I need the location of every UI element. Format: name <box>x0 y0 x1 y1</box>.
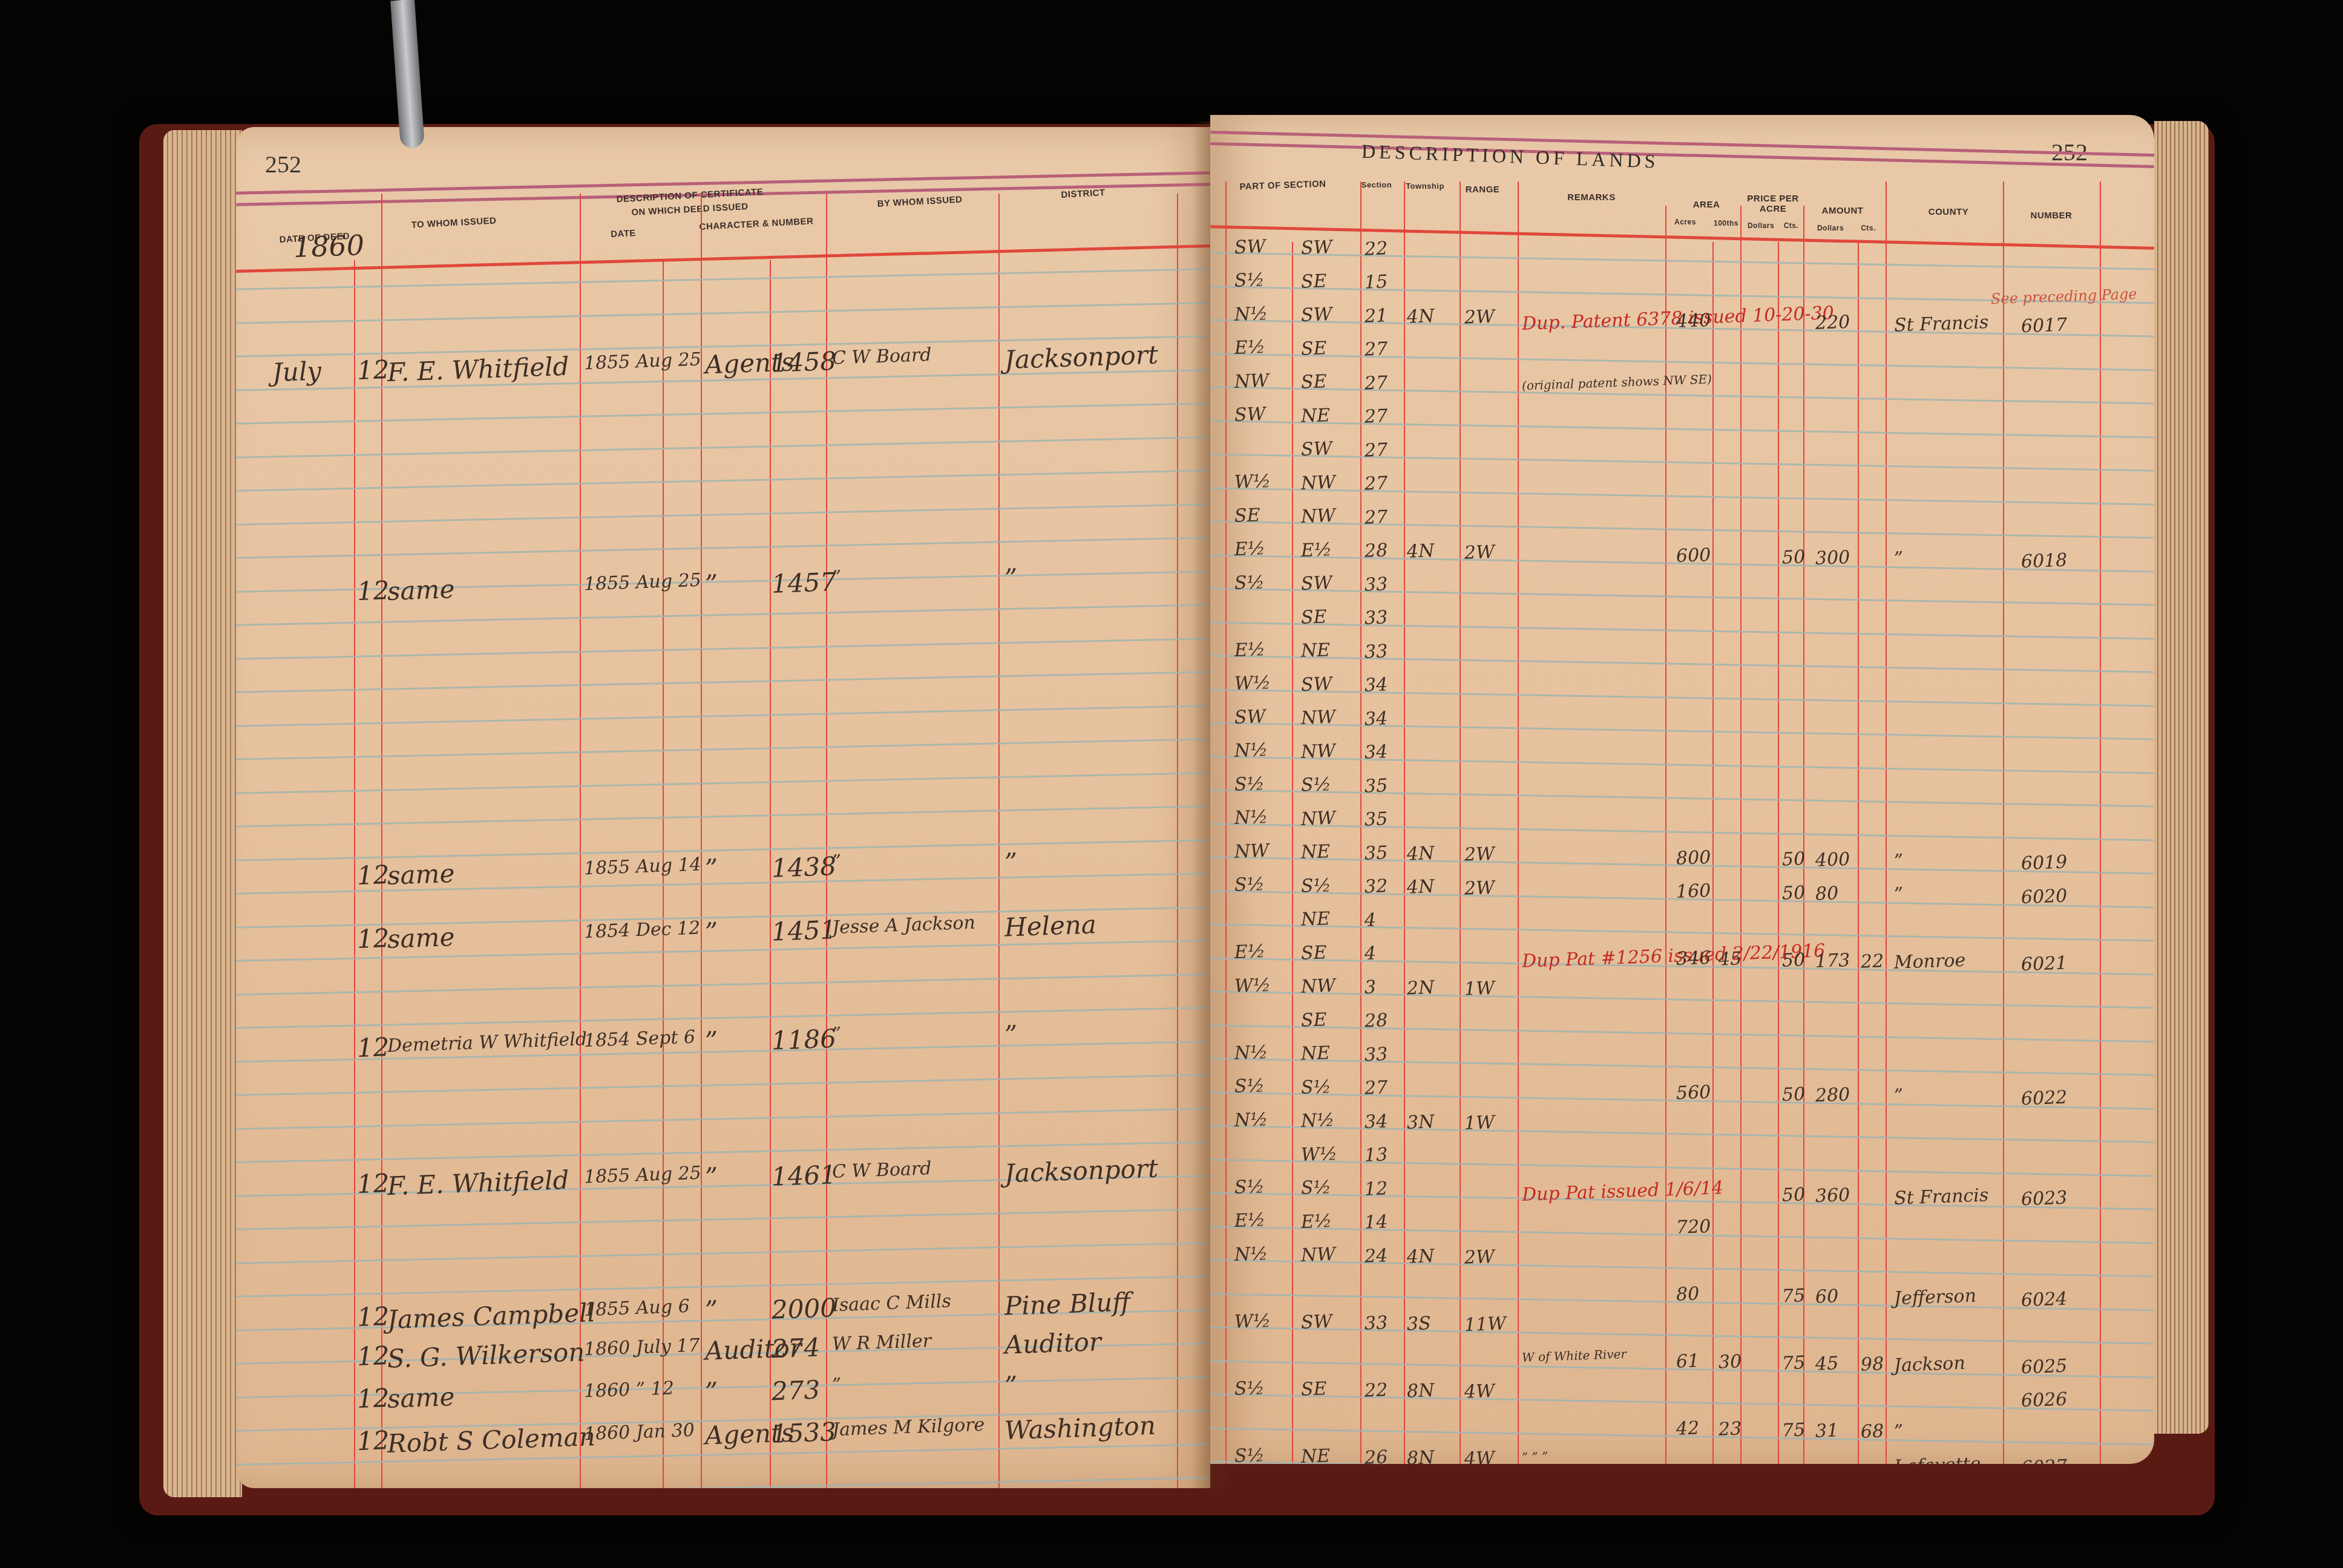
entry-certificate-number: 2000 <box>771 1293 837 1325</box>
ruled-line <box>1210 1460 2154 1464</box>
entry-character: ” <box>704 853 718 883</box>
amount-dollars: 80 <box>1815 883 1838 904</box>
acres: 61 <box>1676 1350 1699 1372</box>
col-rule <box>2003 181 2004 1464</box>
part-of-section: NW <box>1234 840 1269 863</box>
amount-cts: 22 <box>1860 950 1884 972</box>
ruled-line <box>1210 756 2154 774</box>
page-edges-left <box>163 130 242 1497</box>
amount-cts: 68 <box>1860 1420 1884 1442</box>
quarter: SW <box>1300 304 1332 326</box>
amount-dollars: 300 <box>1815 547 1850 569</box>
header-area: AREA <box>1670 200 1743 210</box>
ruled-line <box>1210 1259 2154 1277</box>
county: ” <box>1893 851 1904 872</box>
col-rule <box>1858 242 1859 1464</box>
acres-hundredths: 30 <box>1718 1351 1742 1373</box>
col-rule <box>701 194 702 1488</box>
section: 35 <box>1364 775 1388 797</box>
header-bottom-rule <box>1210 225 2154 249</box>
amount-cts: 98 <box>1860 1353 1884 1375</box>
acres: 346 <box>1676 947 1711 970</box>
part-of-section: S½ <box>1234 1176 1265 1198</box>
quarter: NE <box>1300 908 1330 930</box>
col-rule <box>580 194 581 1488</box>
entry-certificate-number: 1533 <box>771 1417 837 1449</box>
township: 4N <box>1406 843 1435 865</box>
remarks: W of White River <box>1522 1347 1627 1365</box>
header-acres: Acres <box>1664 218 1706 226</box>
entry-district: Washington <box>1004 1410 1156 1445</box>
acres: 160 <box>1676 880 1711 903</box>
price-cts: 50 <box>1781 849 1805 871</box>
part-of-section: W½ <box>1234 471 1271 493</box>
section: 24 <box>1364 1245 1388 1267</box>
col-rule <box>1712 242 1714 1464</box>
entry-month: July <box>272 356 322 388</box>
section: 22 <box>1364 1379 1388 1401</box>
deed-year: 1860 <box>293 229 365 264</box>
township: 4N <box>1406 541 1435 563</box>
header-section: Section <box>1355 180 1398 189</box>
record-number: 6026 <box>2020 1389 2068 1412</box>
part-of-section: S½ <box>1234 269 1265 292</box>
ruled-line <box>1210 655 2154 673</box>
quarter: N½ <box>1300 1109 1335 1132</box>
acres: 720 <box>1676 1216 1711 1238</box>
range: 4W <box>1464 1448 1495 1464</box>
county: Lafayette <box>1893 1453 1981 1464</box>
quarter: E½ <box>1300 1210 1332 1233</box>
price-cts: 50 <box>1781 882 1805 904</box>
acres: 80 <box>1676 1283 1699 1305</box>
record-number: 6019 <box>2020 852 2068 875</box>
entry-certificate-number: 1186 <box>771 1024 837 1056</box>
header-amount: AMOUNT <box>1806 206 1879 216</box>
ruled-line <box>1210 487 2154 505</box>
quarter: E½ <box>1300 539 1332 561</box>
amount-dollars: 280 <box>1815 1084 1850 1106</box>
part-of-section: W½ <box>1234 975 1271 997</box>
header-to-whom-issued: TO WHOM ISSUED <box>381 214 527 232</box>
part-of-section: E½ <box>1234 639 1265 661</box>
ruled-line <box>1210 386 2154 404</box>
section: 33 <box>1364 607 1388 629</box>
entry-day: 12 <box>356 575 390 606</box>
entry-issued-by: Isaac C Mills <box>831 1290 951 1316</box>
county: ” <box>1893 548 1904 570</box>
part-of-section: SW <box>1234 236 1266 258</box>
quarter: NE <box>1300 405 1330 427</box>
ruled-line <box>1210 1158 2154 1177</box>
entry-certificate-number: 1451 <box>771 915 837 947</box>
entry-character: ” <box>704 1161 718 1192</box>
quarter: NW <box>1300 505 1335 528</box>
entry-day: 12 <box>356 1425 390 1456</box>
entry-grantee: same <box>387 574 455 606</box>
entry-certificate-date: 1855 Aug 14 <box>583 854 701 879</box>
entry-day: 12 <box>356 1301 390 1332</box>
entry-grantee: Demetria W Whitfield <box>387 1028 587 1057</box>
entry-district: ” <box>1004 563 1018 593</box>
quarter: NE <box>1300 1445 1330 1464</box>
quarter: S½ <box>1300 1076 1331 1099</box>
header-double-rule <box>1210 131 2154 168</box>
entry-grantee: F. E. Whitfield <box>387 1165 569 1201</box>
section: 27 <box>1364 372 1388 394</box>
entry-certificate-number: 1461 <box>771 1160 837 1192</box>
ruled-line <box>1210 990 2154 1008</box>
part-of-section: SW <box>1234 706 1266 728</box>
entry-character: ” <box>704 1295 718 1325</box>
section: 21 <box>1364 305 1388 327</box>
ruled-line <box>1210 587 2154 606</box>
entry-certificate-date: 1860 ” 12 <box>583 1377 674 1402</box>
entry-grantee: same <box>387 922 455 954</box>
entry-certificate-number: 1438 <box>771 851 837 883</box>
right-page: 252 DESCRIPTION OF LANDS PART OF SECTION… <box>1210 115 2154 1464</box>
acres: 42 <box>1676 1417 1699 1439</box>
header-amount-cts: Cts. <box>1855 224 1882 232</box>
section: 4 <box>1364 909 1376 931</box>
remarks: ” ” ” <box>1522 1449 1548 1464</box>
entry-character: ” <box>704 569 718 599</box>
entry-certificate-date: 1855 Aug 25 <box>583 569 701 595</box>
part-of-section: N½ <box>1234 1042 1268 1064</box>
record-number: 6022 <box>2020 1086 2068 1109</box>
section: 26 <box>1364 1446 1388 1464</box>
col-rule <box>998 194 1000 1488</box>
county: Jackson <box>1893 1353 1965 1376</box>
entry-day: 12 <box>356 1168 390 1199</box>
quarter: NE <box>1300 1042 1330 1065</box>
ruled-line <box>1210 1024 2154 1042</box>
price-cts: 50 <box>1781 1184 1805 1206</box>
section: 14 <box>1364 1212 1388 1233</box>
entry-character: ” <box>704 1025 718 1056</box>
ruled-line <box>1210 252 2154 270</box>
record-number: 6023 <box>2020 1187 2068 1210</box>
quarter: SW <box>1300 237 1332 259</box>
amount-dollars: 173 <box>1815 950 1850 972</box>
entry-day: 12 <box>356 923 390 954</box>
entry-issued-by: W R Miller <box>831 1330 931 1355</box>
entry-grantee: F. E. Whitfield <box>387 351 569 387</box>
part-of-section: SE <box>1234 505 1260 526</box>
ruled-line <box>1210 453 2154 471</box>
section: 33 <box>1364 573 1388 595</box>
col-rule <box>1460 181 1461 1464</box>
entry-certificate-number: 273 <box>771 1374 821 1406</box>
ruled-line <box>1210 923 2154 941</box>
section: 13 <box>1364 1145 1388 1166</box>
header-character-number: CHARACTER & NUMBER <box>696 216 818 232</box>
header-price-per-acre: PRICE PER ACRE <box>1743 194 1803 214</box>
quarter: NW <box>1300 472 1335 494</box>
range: 1W <box>1464 1112 1495 1134</box>
entry-issued-by: C W Board <box>831 1158 932 1183</box>
col-rule <box>1778 242 1779 1464</box>
entry-certificate-number: 274 <box>771 1332 821 1364</box>
entry-district: ” <box>1004 1019 1018 1050</box>
entry-character: ” <box>704 916 718 947</box>
entry-grantee: same <box>387 858 455 890</box>
entry-day: 12 <box>356 354 390 385</box>
township: 4N <box>1406 877 1435 899</box>
range: 2W <box>1464 541 1495 564</box>
entry-issued-by: ” <box>831 1023 842 1045</box>
acres: 560 <box>1676 1082 1711 1104</box>
county: ” <box>1893 884 1904 906</box>
price-cts: 50 <box>1781 546 1805 568</box>
range: 2W <box>1464 877 1495 900</box>
col-rule <box>2100 181 2101 1464</box>
col-rule <box>1518 181 1519 1464</box>
range: 4W <box>1464 1380 1495 1403</box>
amount-dollars: 45 <box>1815 1353 1838 1374</box>
quarter: SW <box>1300 438 1332 460</box>
header-hundredths: 100ths <box>1709 219 1743 227</box>
quarter: NW <box>1300 707 1335 729</box>
quarter: SE <box>1300 1379 1327 1400</box>
col-rule <box>1740 206 1742 1464</box>
entry-district: Pine Bluff <box>1004 1287 1131 1321</box>
entry-district: ” <box>1004 1370 1018 1400</box>
part-of-section: N½ <box>1234 739 1268 762</box>
section: 32 <box>1364 876 1388 898</box>
township: 3N <box>1406 1111 1435 1134</box>
acres: 440 <box>1676 310 1711 332</box>
part-of-section: SW <box>1234 403 1266 426</box>
entry-issued-by: ” <box>831 566 842 588</box>
section: 28 <box>1364 540 1388 562</box>
quarter: NW <box>1300 808 1335 830</box>
part-of-section: NW <box>1234 370 1269 393</box>
range: 1W <box>1464 978 1495 1000</box>
entry-certificate-date: 1855 Aug 6 <box>583 1296 690 1321</box>
township: 2N <box>1406 977 1435 999</box>
ruled-line <box>1210 353 2154 371</box>
header-number: NUMBER <box>2009 211 2094 221</box>
record-number: 6025 <box>2020 1355 2068 1378</box>
entry-issued-by: C W Board <box>831 344 932 369</box>
acres: 600 <box>1676 544 1711 567</box>
quarter: NE <box>1300 841 1330 863</box>
header-by-whom-issued: BY WHOM ISSUED <box>841 192 999 211</box>
entry-certificate-date: 1860 Jan 30 <box>583 1420 695 1445</box>
quarter: SE <box>1300 942 1327 964</box>
part-of-section: W½ <box>1234 1310 1271 1333</box>
ruled-line <box>1210 420 2154 438</box>
header-cert-date: DATE <box>587 227 660 241</box>
county: ” <box>1893 1085 1904 1107</box>
ruled-line <box>1210 722 2154 740</box>
section: 15 <box>1364 272 1388 293</box>
section: 12 <box>1364 1178 1388 1200</box>
entry-day: 12 <box>356 860 390 890</box>
range: 2W <box>1464 843 1495 866</box>
part-of-section: N½ <box>1234 806 1268 829</box>
section: 33 <box>1364 1044 1388 1065</box>
entry-grantee: S. G. Wilkerson <box>387 1338 585 1374</box>
section: 22 <box>1364 238 1388 260</box>
entry-grantee: same <box>387 1382 455 1414</box>
part-of-section: E½ <box>1234 336 1265 359</box>
acres: 800 <box>1676 847 1711 869</box>
record-number: 6018 <box>2020 549 2068 572</box>
ruled-line <box>1210 1393 2154 1411</box>
acres-hundredths: 45 <box>1718 948 1742 970</box>
header-price-dollars: Dollars <box>1743 221 1779 230</box>
header-part-of-section: PART OF SECTION <box>1222 178 1343 193</box>
section: 34 <box>1364 742 1388 763</box>
county: St Francis <box>1893 1184 1988 1209</box>
quarter: S½ <box>1300 774 1331 796</box>
section: 27 <box>1364 406 1388 428</box>
section: 27 <box>1364 1077 1388 1099</box>
remarks: (original patent shows NW SE) <box>1522 371 1712 393</box>
county: Monroe <box>1893 950 1965 973</box>
quarter: NW <box>1300 740 1335 763</box>
quarter: SE <box>1300 1009 1327 1031</box>
ruled-line <box>1210 1057 2154 1076</box>
col-rule <box>770 260 771 1488</box>
price-cts: 75 <box>1781 1419 1805 1441</box>
ruled-line <box>1210 621 2154 639</box>
quarter: SE <box>1300 338 1327 359</box>
record-number: 6021 <box>2020 952 2068 975</box>
township: 3S <box>1406 1313 1431 1334</box>
county: Jefferson <box>1893 1285 1976 1310</box>
entry-day: 12 <box>356 1032 390 1063</box>
quarter: SW <box>1300 572 1332 595</box>
ruled-line <box>1210 823 2154 841</box>
ruled-line <box>1210 520 2154 538</box>
price-cts: 50 <box>1781 1083 1805 1105</box>
quarter: S½ <box>1300 1177 1331 1199</box>
entry-certificate-date: 1855 Aug 25 <box>583 348 701 374</box>
entry-district: Jacksonport <box>1004 339 1158 374</box>
section: 27 <box>1364 473 1388 495</box>
township: 8N <box>1406 1447 1435 1464</box>
township: 4N <box>1406 305 1435 328</box>
quarter: S½ <box>1300 875 1331 897</box>
header-township: Township <box>1398 181 1452 191</box>
entry-certificate-date: 1860 July 17 <box>583 1334 700 1360</box>
entry-district: Auditor <box>1004 1327 1102 1360</box>
record-number: 6020 <box>2020 885 2068 908</box>
section: 27 <box>1364 506 1388 528</box>
quarter: SW <box>1300 673 1332 696</box>
part-of-section: S½ <box>1234 1445 1265 1464</box>
range: 2W <box>1464 1246 1495 1269</box>
col-rule <box>1292 242 1293 1464</box>
header-amount-dollars: Dollars <box>1806 224 1855 232</box>
county: ” <box>1893 1421 1904 1443</box>
header-county: COUNTY <box>1900 207 1997 217</box>
price-cts: 75 <box>1781 1285 1805 1307</box>
part-of-section: E½ <box>1234 1209 1265 1232</box>
entry-issued-by: ” <box>831 851 842 872</box>
range: 2W <box>1464 306 1495 328</box>
part-of-section: S½ <box>1234 773 1265 795</box>
part-of-section: W½ <box>1234 672 1271 694</box>
entry-district: ” <box>1004 847 1018 877</box>
part-of-section: N½ <box>1234 1243 1268 1266</box>
entry-issued-by: ” <box>831 1374 842 1396</box>
entry-certificate-number: 1457 <box>771 567 837 599</box>
part-of-section: S½ <box>1234 1075 1265 1097</box>
part-of-section: S½ <box>1234 874 1265 896</box>
acres-hundredths: 23 <box>1718 1418 1742 1440</box>
entry-certificate-number: 1458 <box>771 346 837 378</box>
township: 8N <box>1406 1380 1435 1402</box>
range: 11W <box>1464 1313 1506 1336</box>
quarter: NE <box>1300 639 1330 662</box>
section: 33 <box>1364 641 1388 662</box>
quarter: W½ <box>1300 1143 1337 1166</box>
section: 33 <box>1364 1312 1388 1334</box>
amount-dollars: 400 <box>1815 849 1850 871</box>
section: 27 <box>1364 339 1388 361</box>
section: 4 <box>1364 943 1376 965</box>
part-of-section: N½ <box>1234 1109 1268 1131</box>
entry-grantee: Robt S Coleman <box>387 1422 595 1459</box>
header-remarks: REMARKS <box>1543 192 1640 203</box>
part-of-section: E½ <box>1234 941 1265 963</box>
entry-district: Helena <box>1004 909 1096 942</box>
header-range: RANGE <box>1458 185 1507 195</box>
entry-certificate-date: 1855 Aug 25 <box>583 1162 701 1187</box>
entry-district: Jacksonport <box>1004 1153 1158 1188</box>
left-page: 252 DATE OF DEED 1860 TO WHOM ISSUED DES… <box>236 127 1210 1488</box>
quarter: SE <box>1300 371 1327 393</box>
part-of-section: N½ <box>1234 303 1268 325</box>
page-number-left: 252 <box>265 150 301 178</box>
price-cts: 50 <box>1781 949 1805 971</box>
col-rule <box>354 260 355 1488</box>
col-rule <box>1404 181 1405 1464</box>
section: 28 <box>1364 1010 1388 1032</box>
entry-day: 12 <box>356 1341 390 1371</box>
record-number: 6017 <box>2020 315 2068 338</box>
entry-grantee: James Campbell <box>387 1298 595 1334</box>
part-of-section: S½ <box>1234 1377 1265 1400</box>
part-of-section: E½ <box>1234 538 1265 560</box>
county: St Francis <box>1893 312 1988 336</box>
section: 34 <box>1364 1111 1388 1132</box>
part-of-section: S½ <box>1234 572 1265 594</box>
section: 35 <box>1364 842 1388 864</box>
section: 35 <box>1364 809 1388 831</box>
section: 27 <box>1364 439 1388 461</box>
margin-note: See preceding Page <box>1991 286 2137 307</box>
price-cts: 75 <box>1781 1352 1805 1374</box>
quarter: SW <box>1300 1311 1332 1333</box>
ruled-line <box>1210 688 2154 707</box>
entry-issued-by: Jesse A Jackson <box>831 912 975 938</box>
record-number: 6027 <box>2020 1456 2068 1464</box>
quarter: SE <box>1300 270 1327 292</box>
entry-day: 12 <box>356 1383 390 1414</box>
col-rule <box>1360 181 1362 1464</box>
amount-dollars: 360 <box>1815 1184 1850 1207</box>
ruled-line <box>1210 1125 2154 1143</box>
entry-certificate-date: 1854 Dec 12 <box>583 917 700 942</box>
amount-dollars: 31 <box>1815 1420 1838 1442</box>
entry-character: ” <box>704 1376 718 1406</box>
header-price-cts: Cts. <box>1779 221 1803 230</box>
